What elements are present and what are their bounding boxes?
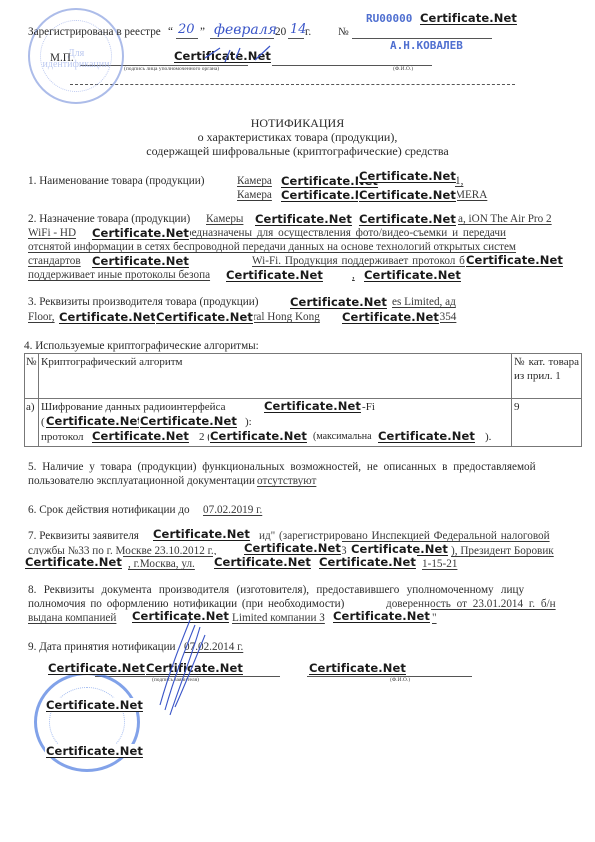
registered-label: Зарегистрирована в реестре — [28, 26, 161, 38]
s1-label: 1. Наименование товара (продукции) — [28, 175, 204, 187]
s2-watermark-6: Certificate.Net — [225, 268, 324, 282]
applicant-fio-caption: (Ф.И.О.) — [390, 677, 410, 683]
s2-watermark-3: Certificate.Net — [91, 226, 190, 240]
algo-line2-b: ): — [245, 415, 252, 429]
s3-watermark-4: Certificate.Net — [341, 310, 440, 324]
s7-watermark-4: Certificate.Net — [24, 555, 123, 569]
s8-line3-a: выдана компанией — [28, 612, 116, 624]
table-header-num: № — [25, 354, 39, 399]
s8-line1: 8. Реквизиты документа производителя (из… — [28, 584, 524, 596]
s2-watermark-1: Certificate.Net — [254, 212, 353, 226]
s2-watermark-5: Certificate.Net — [465, 253, 564, 267]
s2-line5-b: , — [352, 269, 355, 281]
s2-line2-a: WiFi - HD — [28, 227, 76, 239]
s2-line1-a: Камеры — [206, 213, 243, 225]
algo-watermark-4: Certificate.Net — [91, 429, 190, 443]
mp-label: М.П. — [50, 52, 74, 64]
s7-watermark-2: Certificate.Net — [243, 541, 342, 555]
s8-line3-c: " — [432, 612, 437, 624]
s2-line4-b: Wi-Fi. Продукция поддерживает протокол б… — [252, 255, 496, 267]
document-title: НОТИФИКАЦИЯ — [0, 116, 595, 131]
table-row-category: 9 — [512, 399, 582, 447]
s7-watermark-5: Certificate.Net — [213, 555, 312, 569]
s2-watermark-2: Certificate.Net — [358, 212, 457, 226]
s5-line2: пользователю эксплуатационной документац… — [28, 475, 255, 487]
official-name: А.Н.КОВАЛЕВ — [390, 39, 463, 52]
s2-line1-b: а, iON The Air Pro 2 — [458, 213, 552, 225]
s7-watermark-1: Certificate.Net — [152, 527, 251, 541]
s7-watermark-6: Certificate.Net — [318, 555, 417, 569]
algo-watermark-1: Certificate.Net — [263, 399, 362, 413]
s8-watermark-2: Certificate.Net — [332, 609, 431, 623]
stamp-watermark-1: Certificate.Net — [45, 698, 144, 712]
footer-watermark-1: Certificate.Net — [47, 661, 146, 675]
day-value: 20 — [178, 22, 195, 37]
s7-line2-c: ), Президент Боровик — [451, 545, 554, 557]
s4-label: 4. Используемые криптографические алгори… — [24, 340, 259, 352]
s3-line2-a: Floor, — [28, 311, 55, 323]
official-signature-scribble — [200, 28, 290, 68]
s6-label: 6. Срок действия нотификации до — [28, 504, 190, 516]
s3-watermark-1: Certificate.Net — [289, 295, 388, 309]
algo-watermark-2: Certificate.Net — [45, 414, 144, 428]
table-row-num: а) — [25, 399, 39, 447]
s3-line2-b: ntral Hong Kong — [244, 311, 320, 323]
s3-line1-b: es Limited, ад — [392, 296, 456, 308]
year-suffix: г. — [305, 26, 311, 38]
s7-label: 7. Реквизиты заявителя — [28, 530, 139, 542]
s5-line1: 5. Наличие у товара (продукции) функцион… — [28, 461, 536, 473]
s2-line4-a: стандартов — [28, 255, 81, 267]
document-subtitle-line1: о характеристиках товара (продукции), — [0, 130, 595, 145]
s2-watermark-4: Certificate.Net — [91, 254, 190, 268]
s7-line3-b: , г.Москва, ул. — [128, 558, 195, 570]
s2-label: 2. Назначение товара (продукции) — [28, 213, 190, 225]
number-sign: № — [338, 26, 349, 38]
reg-number-watermark: Certificate.Net — [419, 11, 518, 25]
algo-watermark-3: Certificate.Net — [139, 414, 238, 428]
s7-watermark-3: Certificate.Net — [350, 542, 449, 556]
table-row-algorithm: Шифрование данных радиоинтерфейса Certif… — [39, 399, 512, 447]
s2-watermark-7: Certificate.Net — [363, 268, 462, 282]
algo-line1-a: Шифрование данных радиоинтерфейса — [41, 401, 225, 413]
algo-line3-d: ). — [485, 430, 491, 444]
s1-row1-watermark-2: Certificate.Net — [358, 169, 457, 183]
official-fio-caption: (Ф.И.О.) — [393, 66, 413, 72]
s6-value: 07.02.2019 г. — [203, 504, 262, 516]
s8-line3-b: Limited компании З — [232, 612, 325, 624]
table-header-category: № кат. товара из прил. 1 — [512, 354, 582, 399]
crypto-algorithms-table: № Криптографический алгоритм № кат. това… — [24, 353, 582, 447]
year-underline — [288, 38, 304, 39]
applicant-signature-scribble — [150, 615, 230, 725]
s2-line5-a: поддерживает иные протоколы безопа — [28, 269, 210, 281]
s1-row2-camera: Камера — [237, 189, 272, 201]
stamp-text: Для идентификации — [36, 48, 116, 70]
algo-line3-a: протокол — [41, 431, 84, 443]
table-row: а) Шифрование данных радиоинтерфейса Cer… — [25, 399, 582, 447]
day-underline — [176, 38, 198, 39]
s1-row1-camera: Камера — [237, 175, 272, 187]
document-subtitle-line2: содержащей шифровальные (криптографическ… — [0, 144, 595, 159]
s7-line3-c: 1-15-21 — [422, 558, 457, 570]
stamp-watermark-2: Certificate.Net — [45, 744, 144, 758]
day-open-quote: “ — [168, 26, 173, 38]
reg-number-prefix: RU00000 — [366, 12, 412, 25]
s5-value: отсутствуют — [257, 475, 316, 487]
s3-label: 3. Реквизиты производителя товара (проду… — [28, 296, 258, 308]
s1-row2-tail: MERA — [455, 189, 487, 201]
algo-watermark-5: Certificate.Net — [209, 429, 308, 443]
registry-stamp: Для идентификации — [28, 8, 124, 104]
s2-line3: отснятой информации в сетях беспроводной… — [28, 241, 516, 253]
s3-watermark-2: Certificate.Net — [58, 310, 157, 324]
table-header-algorithm: Криптографический алгоритм — [39, 354, 512, 399]
s2-line2-b: предназначены для осуществления фото/вид… — [180, 227, 506, 239]
s3-watermark-3: Certificate.Net — [155, 310, 254, 324]
header-divider — [70, 84, 515, 85]
algo-watermark-6: Certificate.Net — [377, 429, 476, 443]
table-header-row: № Криптографический алгоритм № кат. това… — [25, 354, 582, 399]
algo-line3-c: (максимальна — [313, 430, 372, 444]
s1-row2-watermark-2: Certificate.Net — [358, 188, 457, 202]
footer-watermark-3: Certificate.Net — [308, 661, 407, 675]
